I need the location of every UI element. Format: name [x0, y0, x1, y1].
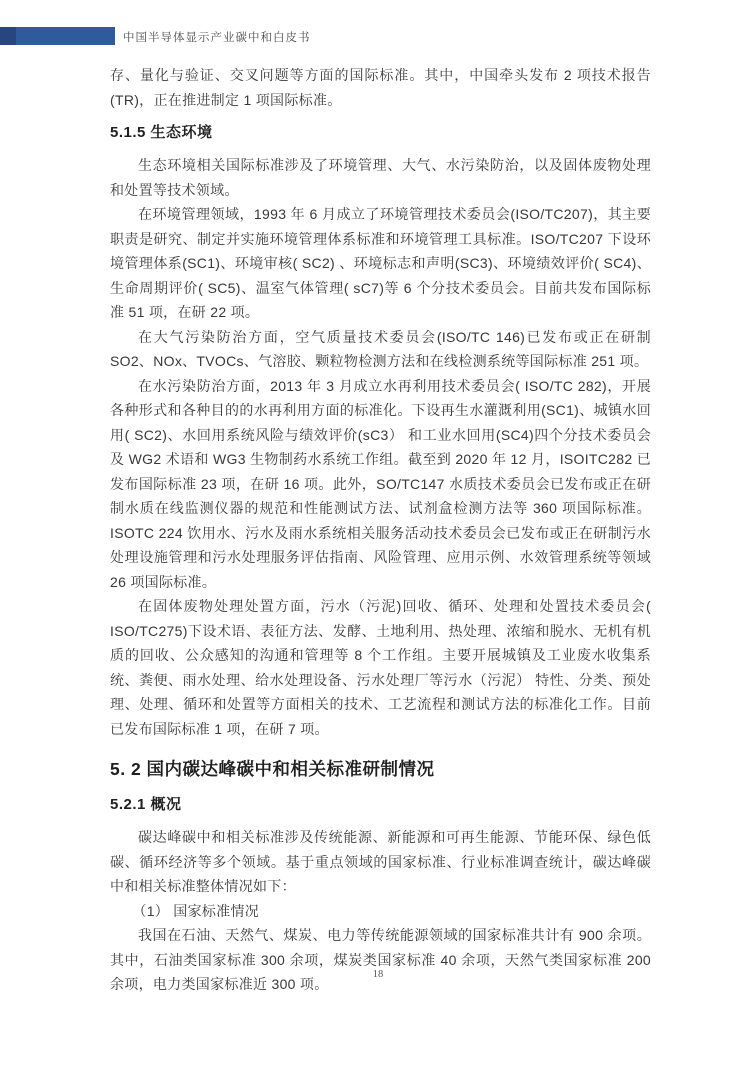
paragraph-standards-overview: 碳达峰碳中和相关标准涉及传统能源、新能源和可再生能源、节能环保、绿色低碳、循环经… — [110, 825, 651, 899]
paragraph-solid-waste: 在固体废物处理处置方面，污水（污泥)回收、循环、处理和处置技术委员会( ISO/… — [110, 594, 651, 741]
paragraph-intro-continuation: 存、量化与验证、交叉问题等方面的国际标准。其中，中国牵头发布 2 项技术报告(T… — [110, 63, 651, 112]
document-page: 中国半导体显示产业碳中和白皮书 存、量化与验证、交叉问题等方面的国际标准。其中，… — [0, 0, 756, 1068]
heading-5-2-domestic-standards: 5. 2 国内碳达峰碳中和相关标准研制情况 — [110, 757, 651, 782]
list-item-national-standards: （1） 国家标准情况 — [110, 899, 651, 924]
header-title: 中国半导体显示产业碳中和白皮书 — [123, 29, 311, 45]
paragraph-national-standards-detail: 我国在石油、天然气、煤炭、电力等传统能源领域的国家标准共计有 900 余项。其中… — [110, 923, 651, 997]
paragraph-environment-management: 在环境管理领域，1993 年 6 月成立了环境管理技术委员会(ISO/TC207… — [110, 202, 651, 325]
document-body: 存、量化与验证、交叉问题等方面的国际标准。其中，中国牵头发布 2 项技术报告(T… — [110, 63, 651, 997]
heading-5-2-1-overview: 5.2.1 概况 — [110, 794, 651, 815]
heading-5-1-5-ecology: 5.1.5 生态环境 — [110, 122, 651, 143]
header-accent-bar-edge — [0, 27, 16, 45]
paragraph-water-pollution: 在水污染防治方面，2013 年 3 月成立水再利用技术委员会( ISO/TC 2… — [110, 374, 651, 595]
header-accent-bar — [0, 27, 115, 45]
paragraph-air-pollution: 在大气污染防治方面，空气质量技术委员会(ISO/TC 146)已发布或正在研制 … — [110, 325, 651, 374]
page-number: 18 — [0, 969, 756, 980]
paragraph-ecology-overview: 生态环境相关国际标准涉及了环境管理、大气、水污染防治，以及固体废物处理和处置等技… — [110, 153, 651, 202]
